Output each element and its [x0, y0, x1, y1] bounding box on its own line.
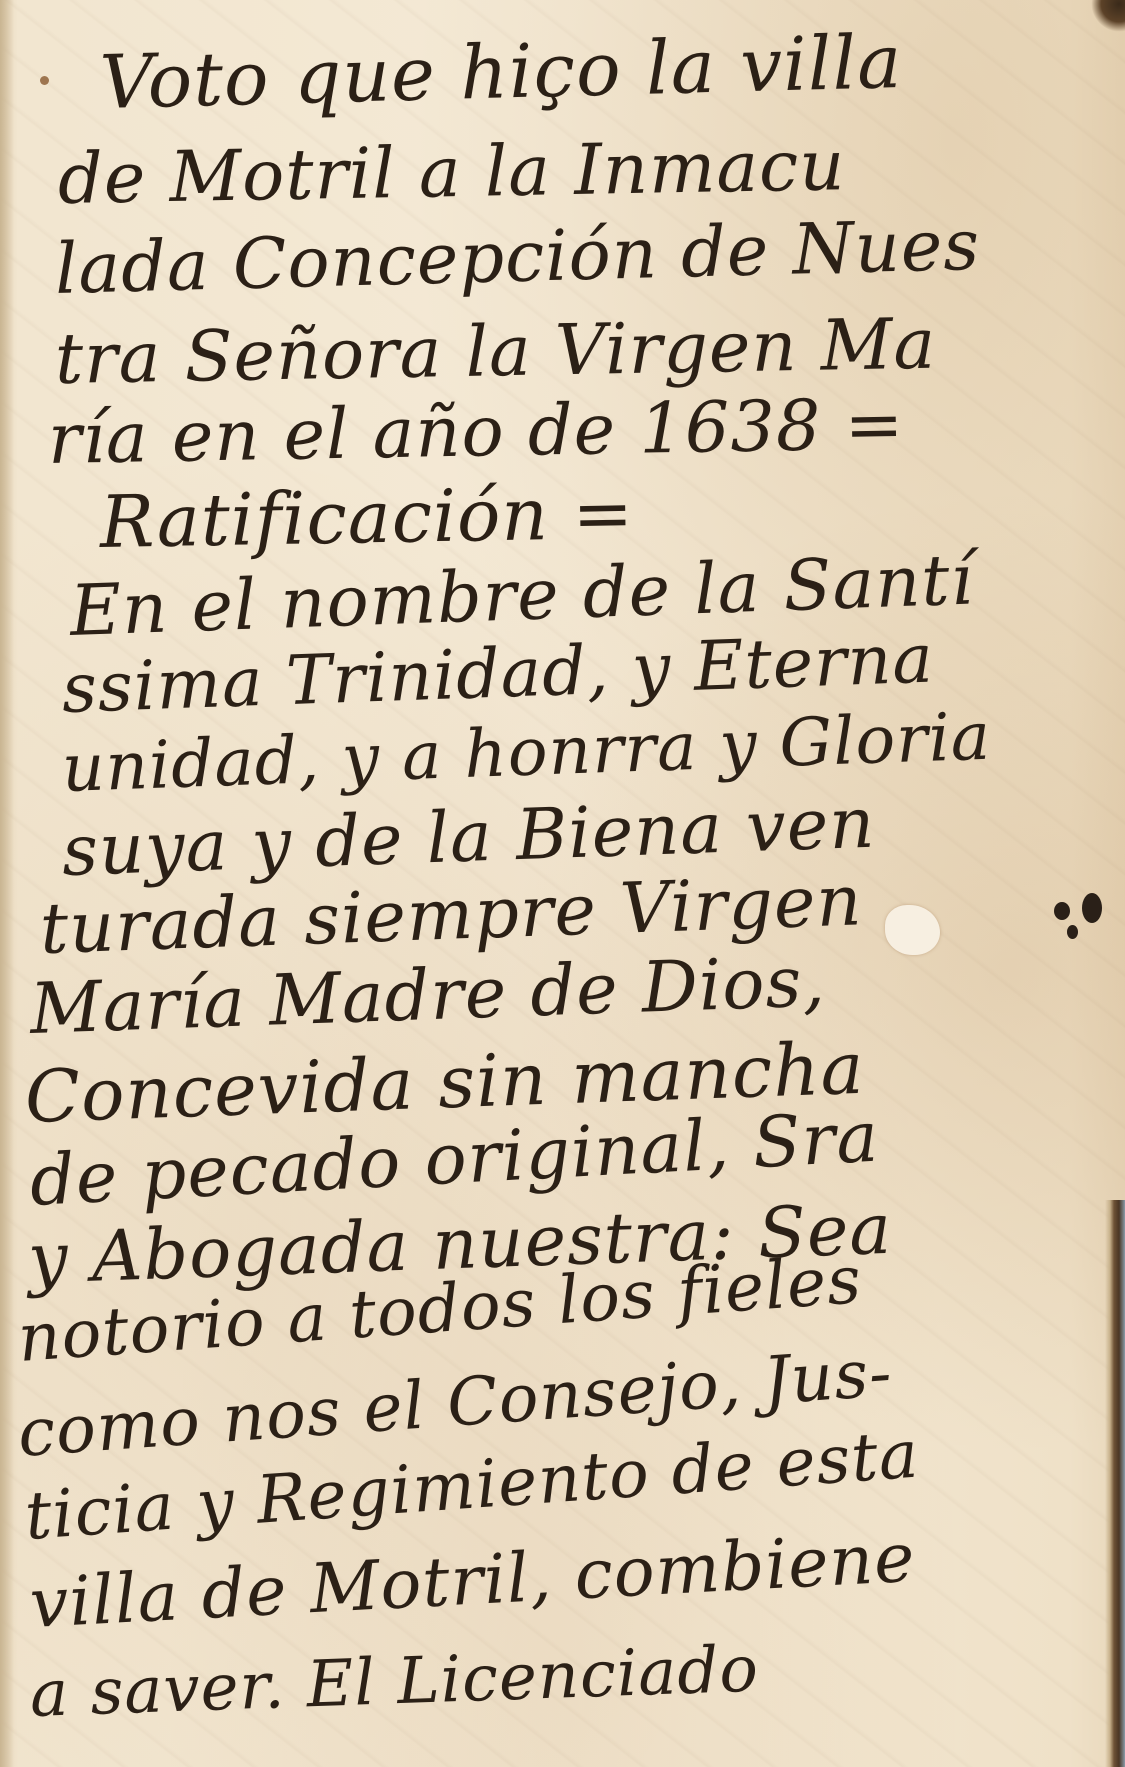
title-line-5: ría en el año de 1638 = [47, 383, 905, 480]
manuscript-page: Voto que hiço la villa de Motril a la In… [0, 0, 1125, 1767]
title-line-1: Voto que hiço la villa [99, 19, 903, 126]
body-line-14: a saver. El Licenciado [29, 1633, 760, 1732]
ink-blot [1067, 925, 1078, 939]
title-line-2: de Motril a la Inmacu [57, 124, 846, 220]
ink-blot [1054, 902, 1070, 920]
paper-damage-patch [885, 905, 940, 955]
title-line-3: lada Concepción de Nues [54, 204, 981, 310]
heading-ratificacion: Ratificación = [99, 471, 634, 564]
ink-spot [40, 76, 49, 85]
page-worn-edge [1105, 1200, 1125, 1767]
corner-damage [1091, 0, 1125, 32]
page-binding-edge [0, 0, 14, 1767]
ink-blot [1082, 893, 1102, 923]
